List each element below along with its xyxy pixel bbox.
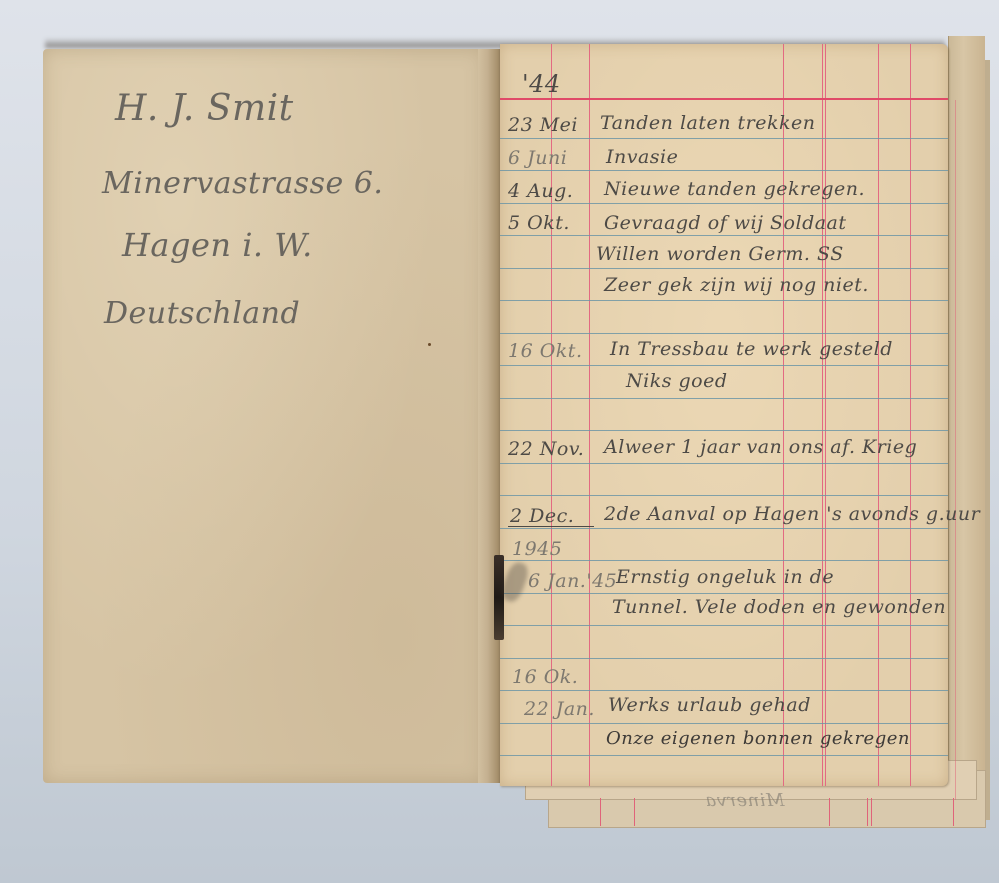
entry-underline [508,526,594,527]
back-page-red-rule [634,798,635,826]
entry-date: 4 Aug. [508,180,573,202]
line-rule [500,138,948,139]
left-page [43,49,483,783]
back-page-red-rule [867,798,868,826]
year-header: '44 [522,70,561,98]
line-rule [500,235,948,236]
entry-text: Werks urlaub gehad [608,694,811,716]
entry-continuation: Tunnel. Vele doden en gewonden [612,596,946,618]
back-page-red-rule [871,798,872,826]
line-rule [500,203,948,204]
entry-continuation: Zeer gek zijn wij nog niet. [604,274,869,296]
line-rule [500,528,948,529]
line-rule [500,690,948,691]
entry-text: Ernstig ongeluk in de [616,566,834,588]
line-rule [500,463,948,464]
entry-date: 23 Mei [508,114,578,136]
back-pages-stack [948,36,985,796]
entry-text: 2de Aanval op Hagen 's avonds g.uur [604,503,980,525]
entry-text: Gevraagd of wij Soldaat [604,212,847,234]
header-rule [500,98,948,100]
entry-continuation: Niks goed [626,370,728,392]
line-rule [500,365,948,366]
address-country: Deutschland [104,296,300,331]
entry-date: 22 Jan. [524,698,595,720]
line-rule [500,300,948,301]
line-rule [500,170,948,171]
line-rule [500,625,948,626]
entry-date: 22 Nov. [508,438,584,460]
entry-continuation: Onze eigenen bonnen gekregen [606,728,910,749]
line-rule [500,333,948,334]
entry-date: 16 Ok. [512,666,578,688]
back-page-red-rule [953,798,954,826]
line-rule [500,658,948,659]
address-city: Hagen i. W. [122,226,313,264]
back-page-mirror-text: Minerva [705,790,784,811]
address-name: H. J. Smit [115,88,294,129]
year-divider: 1945 [512,538,562,560]
column-rule [783,44,784,786]
back-page-red-rule [829,798,830,826]
column-rule [910,44,911,786]
line-rule [500,755,948,756]
entry-continuation: Willen worden Germ. SS [596,243,844,265]
entry-text: Alweer 1 jaar van ons af. Krieg [604,436,917,458]
scanned-notebook: Minerva H. J. Smit Minervastrasse 6. Hag… [0,0,999,883]
entry-text: Invasie [606,146,678,168]
line-rule [500,495,948,496]
column-rule [822,44,823,786]
address-street: Minervastrasse 6. [102,166,383,201]
entry-date: 16 Okt. [508,340,582,362]
margin-rule [589,44,590,786]
line-rule [500,593,948,594]
column-rule [825,44,826,786]
notebook-spine [478,49,502,783]
line-rule [500,268,948,269]
line-rule [500,430,948,431]
line-rule [500,723,948,724]
entry-date: 5 Okt. [508,212,570,234]
line-rule [500,560,948,561]
entry-text: In Tressbau te werk gesteld [610,338,893,360]
paper-speck [428,343,431,346]
back-page-red-rule [600,798,601,826]
entry-date: 6 Jan.'45 [528,570,617,592]
entry-text: Tanden laten trekken [600,112,815,134]
line-rule [500,398,948,399]
back-page-red-rule [955,100,956,800]
entry-text: Nieuwe tanden gekregen. [604,178,865,200]
column-rule [878,44,879,786]
entry-date: 6 Juni [508,147,567,169]
entry-date: 2 Dec. [510,505,574,527]
